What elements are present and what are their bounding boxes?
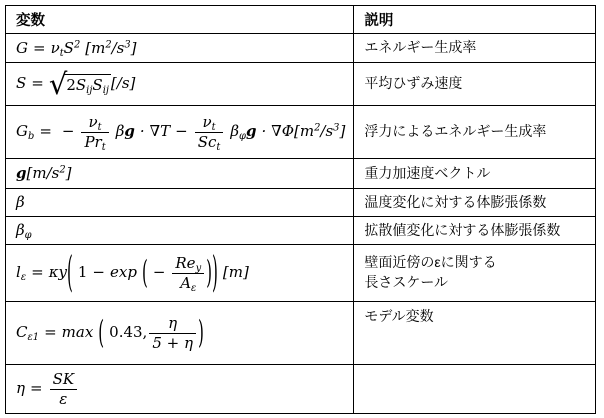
var-S: S (16, 74, 26, 92)
var-beta: β (16, 193, 25, 211)
table-row-Ceps1: Cε1=max(0.43,η5 + η) モデル変数 (6, 302, 596, 365)
col-header-description: 説明 (354, 6, 596, 34)
formula-beta: β (16, 193, 25, 211)
description-length-scale: 壁面近傍のεに関する (364, 253, 587, 273)
description-energy-production: エネルギー生成率 (364, 38, 587, 58)
var-C-eps1: C (16, 323, 27, 341)
table-row-beta-phi: βφ 拡散値変化に対する体膨張係数 (6, 217, 596, 245)
fraction-Rey-Aeps: ReyAε (172, 255, 204, 291)
formula-model-variable: Cε1=max(0.43,η5 + η) (16, 323, 204, 341)
square-root: √2SijSij (49, 74, 111, 95)
description-gravity: 重力加速度ベクトル (364, 164, 587, 184)
formula-mean-strain-rate: S=√2SijSij[/s] (16, 74, 135, 92)
description-beta-phi: 拡散値変化に対する体膨張係数 (364, 221, 587, 241)
formula-beta-phi: βφ (16, 221, 32, 239)
formula-buoyancy-production: Gb=−νtPrtβg·∇T−νtSctβφg·∇Φ[m2/s3] (16, 122, 345, 140)
description-model-variable: モデル変数 (364, 307, 587, 327)
table-row-G: G=νtS2[m2/s3] エネルギー生成率 (6, 34, 596, 63)
table-row-length-scale: lε=κy(1−exp(−ReyAε))[m] 壁面近傍のεに関する長さスケール (6, 245, 596, 302)
gravity-vector: g (16, 164, 27, 182)
table-row-g: g[m/s2] 重力加速度ベクトル (6, 159, 596, 189)
var-Gb: G (16, 122, 28, 140)
gravity-vector: g (246, 122, 257, 140)
fraction-nu-Pr: νtPrt (81, 114, 108, 150)
var-eta: η (16, 379, 25, 397)
table-row-S: S=√2SijSij[/s] 平均ひずみ速度 (6, 63, 596, 106)
formula-length-scale: lε=κy(1−exp(−ReyAε))[m] (16, 263, 249, 281)
close-paren: ) (212, 252, 218, 294)
var-G: G (16, 39, 28, 57)
description-length-scale-line2: 長さスケール (364, 273, 587, 293)
description-mean-strain-rate: 平均ひずみ速度 (364, 74, 587, 94)
fraction-eta: η5 + η (149, 315, 196, 351)
formula-gravity: g[m/s2] (16, 164, 71, 182)
formula-energy-production: G=νtS2[m2/s3] (16, 39, 137, 57)
description-buoyancy-production: 浮力によるエネルギー生成率 (364, 122, 587, 142)
table-row-eta: η=SKε (6, 365, 596, 414)
fraction-SK-eps: SKε (50, 371, 77, 407)
var-beta-phi: β (16, 221, 25, 239)
gravity-vector: g (124, 122, 135, 140)
description-beta: 温度変化に対する体膨張係数 (364, 193, 587, 213)
formula-eta: η=SKε (16, 379, 79, 397)
open-paren: ( (142, 257, 148, 289)
open-paren: ( (67, 252, 73, 294)
variables-table: 変数 説明 G=νtS2[m2/s3] エネルギー生成率 S=√2SijSij[… (5, 5, 596, 414)
table-header-row: 変数 説明 (6, 6, 596, 34)
open-paren: ( (98, 317, 104, 349)
fraction-nu-Sc: νtSct (195, 114, 224, 150)
col-header-variable: 変数 (6, 6, 354, 34)
table-row-Gb: Gb=−νtPrtβg·∇T−νtSctβφg·∇Φ[m2/s3] 浮力によるエ… (6, 106, 596, 159)
table-row-beta: β 温度変化に対する体膨張係数 (6, 189, 596, 217)
close-paren: ) (198, 317, 204, 349)
